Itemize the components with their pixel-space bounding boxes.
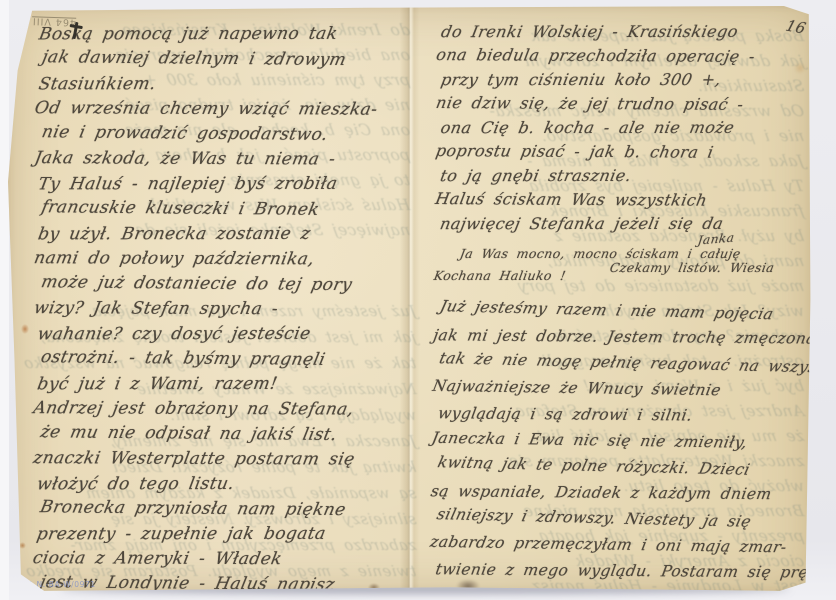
handwriting-line: że mu nie odpisał na jakiś list. xyxy=(38,420,426,449)
handwriting-line: Jaka szkoda, że Was tu niema - xyxy=(32,146,427,173)
archive-stamp: P.A.N.-BA-W/0971 xyxy=(21,580,96,589)
handwriting-line: Boską pomocą już napewno tak xyxy=(37,22,428,48)
letter-scan: do Irenki Wolskiej - Krasińskiegoona bie… xyxy=(0,0,836,600)
handwriting-line: znaczki Westerplatte postaram się xyxy=(31,446,426,473)
handwriting-line: do Irenki Wolskiej - Krasińskiego xyxy=(439,20,757,44)
foxing-spot xyxy=(794,62,806,74)
handwriting-line: włożyć do tego listu. xyxy=(35,472,426,498)
handwriting-line: nie dziw się, że jej trudno pisać - xyxy=(434,91,757,117)
foxing-spot xyxy=(19,542,26,549)
handwriting-line: nie i prowadzić gospodarstwo. xyxy=(39,120,427,149)
handwriting-line: ona Cię b. kocha - ale nie może xyxy=(438,116,756,140)
handwriting-line: ona biedula przechodziła operację - xyxy=(434,43,757,69)
foxing-spot xyxy=(811,547,820,556)
handwriting-line: to ją gnębi strasznie. xyxy=(438,164,756,188)
foxing-spot xyxy=(21,324,29,334)
handwriting-line: Stasiuńkiem. xyxy=(37,72,428,98)
handwriting-line: Ty Haluś - najlepiej byś zrobiła xyxy=(36,172,427,198)
postscript-line: Ja Was mocno, mocno ściskam i całuję xyxy=(459,246,742,261)
interline-insertion: Janka xyxy=(697,230,735,247)
letter-paper: do Irenki Wolskiej - Krasińskiegoona bie… xyxy=(8,6,812,592)
handwriting-line: jak dawniej dzielnym i zdrowym xyxy=(40,45,428,74)
page-number: 16 xyxy=(784,17,809,38)
handwriting-line: ostrożni. - tak byśmy pragnęli xyxy=(38,345,426,374)
handwriting-line: by użył. Bronecka zostanie z xyxy=(36,222,427,248)
right-page-text-top: do Irenki Wolskiej - Krasińskiegoona bie… xyxy=(435,19,755,237)
handwriting-line: wahanie? czy dosyć jesteście xyxy=(36,322,427,348)
handwriting-line: Od września chcemy wziąć mieszka- xyxy=(33,96,428,123)
handwriting-line: nami do połowy października, xyxy=(32,246,427,273)
handwriting-line: francuskie kluseczki i Bronek xyxy=(39,195,427,224)
handwriting-line: wizy? Jak Stefan spycha - xyxy=(32,296,427,323)
scanner-edge xyxy=(0,0,9,600)
handwriting-line: Haluś ściskam Was wszystkich xyxy=(433,187,756,213)
postscript-line: Kochana Haliuko ! xyxy=(433,268,567,283)
right-page: 16 do Irenki Wolskiej - Krasińskiegoona … xyxy=(426,6,812,592)
handwriting-line: może już dostaniecie do tej pory xyxy=(39,270,427,299)
handwriting-line: Bronecka przyniosła nam piękne xyxy=(38,495,426,524)
right-page-text-second-hand: Już jesteśmy razem i nie mam pojęciajak … xyxy=(430,295,836,587)
handwriting-line: przy tym ciśnieniu koło 300 +, xyxy=(439,68,757,92)
postscript-line: Czekamy listów. Wiesia xyxy=(609,260,776,275)
handwriting-line: być już i z Wami, razem! xyxy=(35,372,426,398)
left-page-text: Boską pomocą już napewno takjak dawniej … xyxy=(33,21,426,598)
handwriting-line: Andrzej jest obrażony na Stefana, xyxy=(31,396,426,423)
handwriting-line: twienie z mego wyglądu. Postaram się prę… xyxy=(434,556,836,585)
handwriting-line: prezenty - zupełnie jak bogata xyxy=(35,522,426,548)
handwriting-line: poprostu pisać - jak b. chora i xyxy=(434,139,757,165)
handwriting-line: ciocia z Ameryki - Władek xyxy=(31,546,426,573)
